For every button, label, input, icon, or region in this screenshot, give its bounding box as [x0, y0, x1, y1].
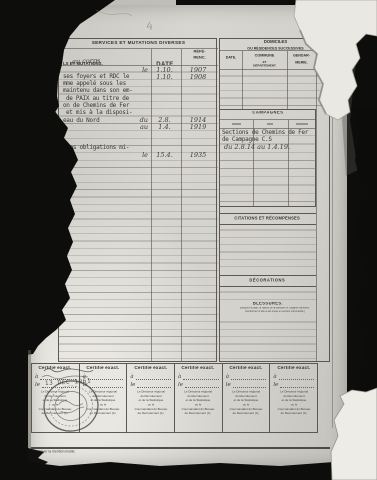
signatory-note: Le Directeur régional du Recrutement et … — [222, 390, 270, 416]
column-divider — [181, 49, 182, 361]
services-header-label: SERVICES ET MUTATIONS DIVERSES — [76, 41, 200, 46]
date-row: le — [130, 382, 171, 388]
entry-date: 1.4. — [151, 123, 178, 131]
domiciles-column-headers: DATE. COMMUNE ET DÉPARTEMENT. GENDAR- ME… — [220, 51, 331, 70]
citations-title: CITATIONS ET RÉCOMPENSES — [235, 217, 301, 221]
date-row: le — [178, 382, 219, 388]
date-row: le — [273, 382, 314, 388]
domiciles-table: DOMICILES OU RÉSIDENCES SUCCESSIVES DATE… — [219, 38, 330, 362]
services-table-header: SERVICES ET MUTATIONS DIVERSES — [59, 39, 218, 49]
column-domicile-date-label: DATE. — [224, 56, 237, 60]
campagnes-box: CAMPAGNES — [219, 109, 316, 207]
entry-text: mme appelé sous les — [63, 80, 126, 87]
certification-box: Certifié exact. à le Le Directeur région… — [223, 364, 271, 432]
date-label: le — [273, 383, 278, 388]
date-row: le — [226, 382, 267, 388]
entry-year: 1919 — [181, 123, 215, 131]
blessures-note-line2: mentionner si elle a été reçue en servic… — [234, 310, 315, 313]
place-line — [279, 374, 314, 380]
column-reference-label2: RENC. — [187, 56, 211, 60]
narrow-column-marks — [320, 61, 326, 63]
certification-title: Certifié exact. — [175, 366, 222, 371]
certification-box: Certifié exact. à le Le Directeur région… — [127, 364, 175, 432]
place-label: à — [35, 375, 38, 380]
narrow-column — [316, 51, 331, 69]
column-commune-label2: ET DÉPARTEMENT. — [253, 61, 276, 68]
scanned-document-photo: SERVICES ET MUTATIONS DIVERSES LS ET MUT… — [0, 0, 377, 480]
narrow-column-marks — [319, 57, 327, 59]
place-row: à — [130, 374, 171, 380]
date-label: le — [178, 383, 183, 388]
signatory-note-line: de Recrutement (1). — [127, 412, 175, 416]
signatory-note: Le Directeur régional du Recrutement et … — [174, 390, 222, 416]
certification-title: Certifié exact. — [270, 366, 317, 371]
entry-tail: le — [142, 151, 148, 159]
column-divider — [151, 49, 152, 361]
entry-text: de PAIX au titre de — [66, 95, 129, 102]
entry-text: et mis à la disposi- — [66, 109, 132, 116]
entry-date: 1.10. — [151, 73, 178, 81]
column-divider — [287, 51, 288, 109]
place-label: à — [226, 375, 229, 380]
place-row: à — [226, 374, 267, 380]
signatory-note-line: de Recrutement (1). — [174, 412, 222, 416]
column-gendarmerie-label1: GENDAR- — [293, 54, 310, 58]
place-label: à — [130, 375, 133, 380]
column-reference-label1: RÉFÉ- — [187, 50, 211, 54]
date-line — [280, 382, 314, 388]
column-divider — [242, 51, 243, 109]
date-label: le — [83, 383, 88, 388]
campagne-entry-line2: de Campagne C.S — [222, 136, 272, 143]
citations-ruled-area — [220, 223, 316, 269]
entry-script: au corps — [72, 57, 101, 66]
date-label: le — [226, 383, 231, 388]
place-row: à — [178, 374, 219, 380]
place-line — [88, 374, 123, 380]
campagnes-header: CAMPAGNES — [220, 110, 316, 120]
dark-right-edge — [352, 108, 377, 400]
page-fold-line — [332, 40, 333, 428]
blessures-note: (Indiquer la date, la nature de la bless… — [234, 307, 315, 314]
place-row: à — [273, 374, 314, 380]
column-gendarmerie-label2: MERIE. — [293, 61, 310, 65]
campagnes-subheader-smudge — [296, 123, 308, 125]
footer-note: (1) Rayer la mention inutile. — [33, 450, 76, 453]
signatory-note-line: de Recrutement (1). — [222, 412, 270, 416]
decorations-ruled-area — [220, 285, 316, 301]
column-commune: COMMUNE ET DÉPARTEMENT. — [242, 51, 287, 69]
signatory-note: Le Directeur régional du Recrutement et … — [270, 390, 318, 416]
certification-row: Certifié exact. à le Le Directeur région… — [31, 363, 318, 433]
entry-text: on de Chemins de Fer — [63, 102, 129, 109]
domiciles-header-line2: OU RÉSIDENCES SUCCESSIVES — [242, 47, 309, 51]
column-commune-label1: COMMUNE — [251, 54, 279, 58]
entry-tail: au — [140, 123, 148, 131]
campagne-entry-line1: Sections de Chemins de Fer — [222, 129, 308, 136]
certification-title: Certifié exact. — [80, 366, 127, 371]
place-label: à — [178, 375, 181, 380]
column-domicile-date: DATE. — [220, 51, 242, 69]
signatory-note: Le Directeur régional du Recrutement et … — [79, 390, 127, 416]
domiciles-header-line1: DOMICILES — [237, 40, 315, 45]
blessures-title: BLESSURES. — [235, 302, 300, 306]
place-line — [183, 374, 218, 380]
entry-text: utes obligations mi- — [63, 144, 129, 151]
certification-title: Certifié exact. — [127, 366, 174, 371]
place-label: à — [273, 375, 276, 380]
date-line — [185, 382, 219, 388]
date-line — [137, 382, 171, 388]
date-label: le — [130, 383, 135, 388]
place-row: à — [35, 374, 76, 380]
signatory-note-line: de Recrutement (1). — [31, 412, 79, 416]
decorations-title: DÉCORATIONS — [250, 279, 286, 283]
campagne-entry-dates: du 2.8.14 au 1.4.19. — [224, 143, 290, 151]
certification-title: Certifié exact. — [32, 366, 79, 371]
certification-box: Certifié exact. à le Le Directeur région… — [80, 364, 128, 432]
campagnes-title: CAMPAGNES — [236, 111, 301, 115]
column-gendarmerie: GENDAR- MERIE. — [287, 51, 316, 69]
certification-box: Certifié exact. à le Le Directeur région… — [270, 364, 317, 432]
place-label: à — [83, 375, 86, 380]
footer-rule — [31, 447, 330, 449]
entry-date: 15.4. — [151, 151, 178, 159]
certification-box: Certifié exact. à le Le Directeur région… — [175, 364, 223, 432]
date-row: le — [35, 382, 76, 388]
entry-year: 1935 — [181, 151, 215, 159]
signatory-note-line: de Recrutement (1). — [270, 412, 318, 416]
place-line — [136, 374, 171, 380]
date-row: le — [83, 382, 124, 388]
entry-year: 1908 — [181, 73, 215, 81]
campagnes-subheader-smudge — [267, 123, 273, 125]
entry-text: maintenu dans son em- — [63, 87, 133, 94]
place-line — [231, 374, 266, 380]
certification-box: Certifié exact. à le Le Directeur région… — [32, 364, 80, 432]
certification-title: Certifié exact. — [223, 366, 270, 371]
campagnes-subheader-smudge — [232, 123, 241, 125]
date-label: le — [35, 383, 40, 388]
place-line — [40, 374, 75, 380]
signatory-note: Le Directeur régional du Recrutement et … — [31, 390, 79, 416]
date-line — [90, 382, 124, 388]
date-line — [233, 382, 267, 388]
place-row: à — [83, 374, 124, 380]
signatory-note: Le Directeur régional du Recrutement et … — [127, 390, 175, 416]
domiciles-ruled-area — [220, 69, 331, 109]
entry-text: ses foyers et RDC le — [63, 73, 129, 80]
column-reference: RÉFÉ- RENC. — [181, 49, 218, 65]
domiciles-header: DOMICILES OU RÉSIDENCES SUCCESSIVES — [220, 39, 331, 51]
date-line — [42, 382, 76, 388]
column-date: DATE. — [151, 49, 181, 65]
signatory-note-line: de Recrutement (1). — [79, 412, 127, 416]
blessures-ruled-area — [220, 315, 316, 361]
